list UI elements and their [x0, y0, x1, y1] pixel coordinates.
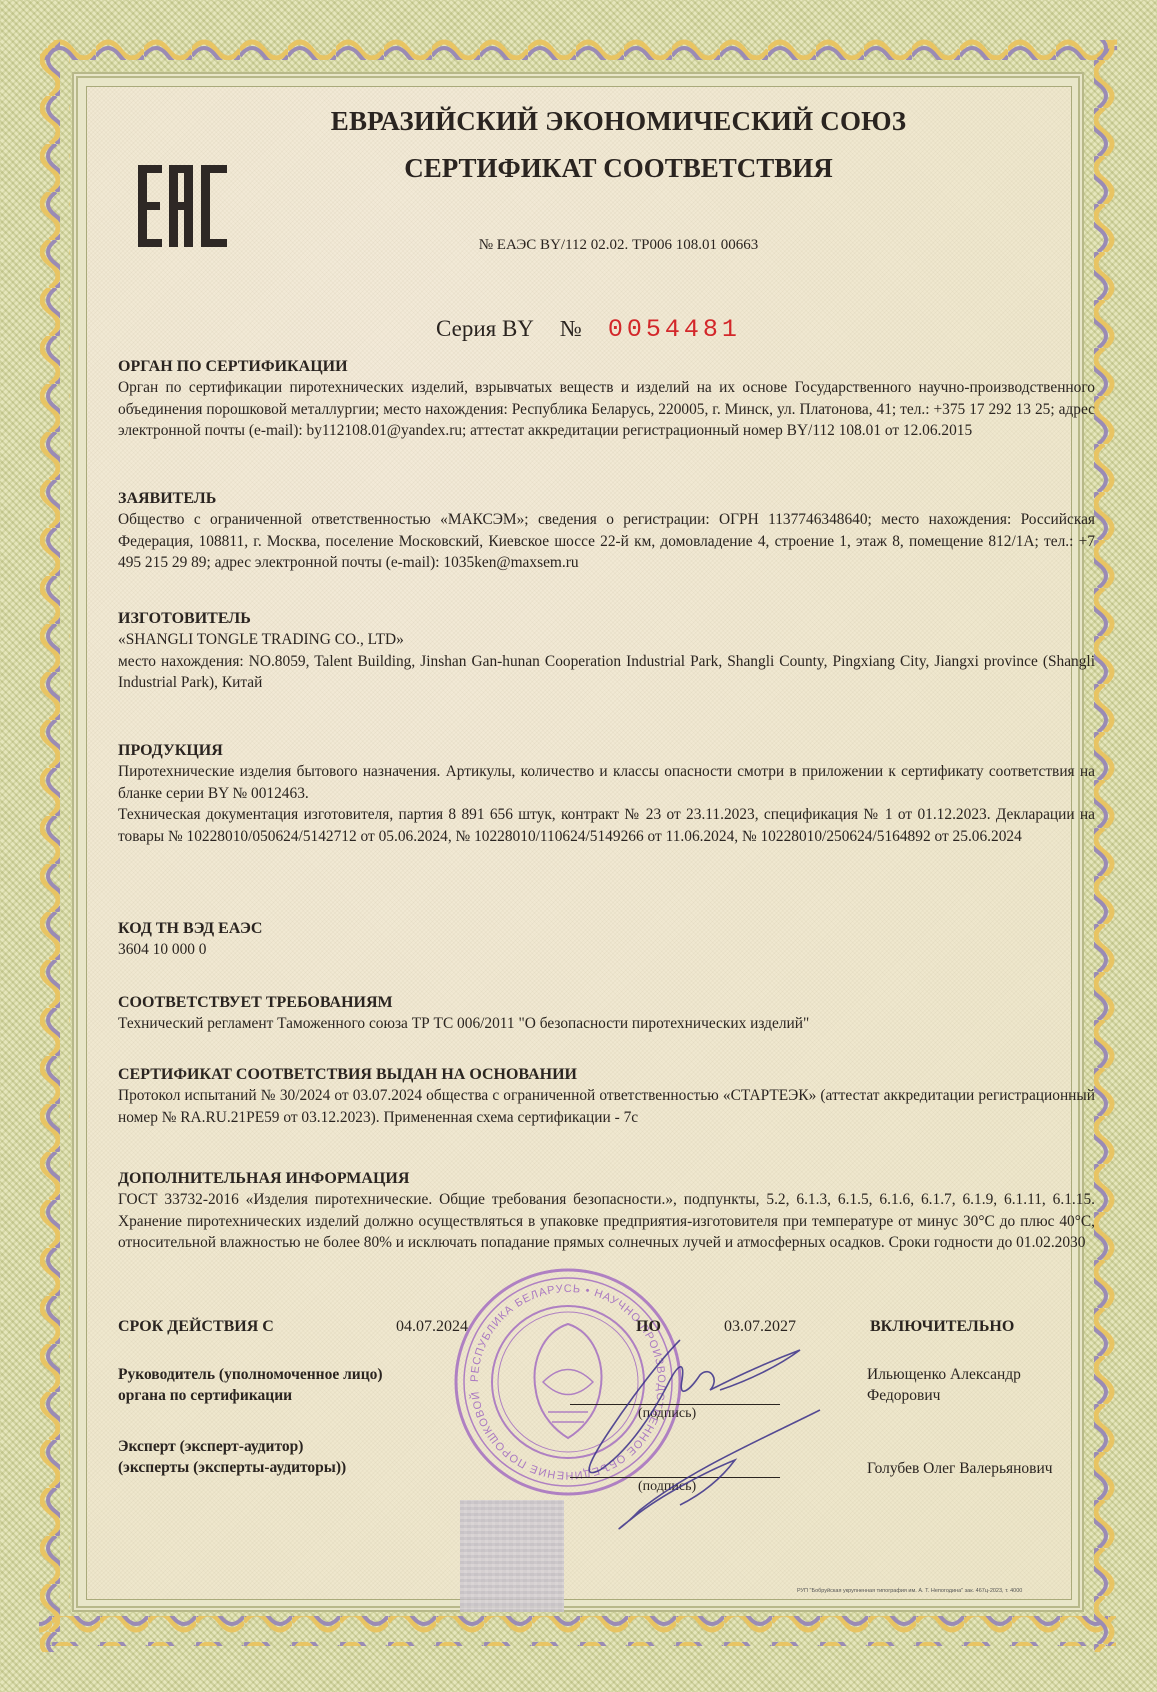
section-text: Орган по сертификации пиротехнических из… — [118, 377, 1095, 442]
section-text: Протокол испытаний № 30/2024 от 03.07.20… — [118, 1085, 1095, 1128]
section-heading: ОРГАН ПО СЕРТИФИКАЦИИ — [118, 357, 1095, 377]
validity-inclusive-label: ВКЛЮЧИТЕЛЬНО — [870, 1318, 1014, 1336]
section-text: Технический регламент Таможенного союза … — [118, 1013, 1095, 1035]
section-heading: СЕРТИФИКАТ СООТВЕТСТВИЯ ВЫДАН НА ОСНОВАН… — [118, 1065, 1095, 1085]
section-hs-code: КОД ТН ВЭД ЕАЭС 3604 10 000 0 — [118, 919, 1095, 961]
section-heading: ИЗГОТОВИТЕЛЬ — [118, 609, 1095, 629]
head-role-line2: органа по сертификации — [118, 1385, 383, 1406]
section-text: 3604 10 000 0 — [118, 939, 1095, 961]
section-text: ГОСТ 33732-2016 «Изделия пиротехнические… — [118, 1189, 1095, 1254]
union-title: ЕВРАЗИЙСКИЙ ЭКОНОМИЧЕСКИЙ СОЮЗ — [0, 106, 1157, 137]
validity-from-date: 04.07.2024 — [396, 1318, 468, 1336]
serial-number: 0054481 — [608, 315, 741, 344]
qr-code — [460, 1500, 564, 1612]
number-sign: № — [560, 316, 582, 341]
section-heading: ПРОДУКЦИЯ — [118, 741, 1095, 761]
section-text: Техническая документация изготовителя, п… — [118, 804, 1095, 847]
expert-role-line1: Эксперт (эксперт-аудитор) — [118, 1436, 346, 1457]
section-heading: ЗАЯВИТЕЛЬ — [118, 489, 1095, 509]
series-line: Серия BY№0054481 — [436, 315, 741, 344]
section-text: Пиротехнические изделия бытового назначе… — [118, 761, 1095, 804]
head-name-line1: Ильющенко Александр — [867, 1364, 1021, 1385]
printer-note: РУП "Бобруйская укрупненная типография и… — [797, 1588, 1022, 1594]
section-heading: ДОПОЛНИТЕЛЬНАЯ ИНФОРМАЦИЯ — [118, 1169, 1095, 1189]
section-heading: СООТВЕТСТВУЕТ ТРЕБОВАНИЯМ — [118, 993, 1095, 1013]
section-text: место нахождения: NO.8059, Talent Buildi… — [118, 651, 1095, 694]
section-manufacturer: ИЗГОТОВИТЕЛЬ «SHANGLI TONGLE TRADING CO.… — [118, 609, 1095, 694]
series-label: Серия BY — [436, 316, 534, 341]
section-text: Общество с ограниченной ответственностью… — [118, 509, 1095, 574]
section-heading: КОД ТН ВЭД ЕАЭС — [118, 919, 1095, 939]
head-name: Ильющенко Александр Федорович — [867, 1364, 1021, 1406]
expert-role-line2: (эксперты (эксперты-аудиторы)) — [118, 1457, 346, 1478]
section-additional: ДОПОЛНИТЕЛЬНАЯ ИНФОРМАЦИЯ ГОСТ 33732-201… — [118, 1169, 1095, 1254]
section-product: ПРОДУКЦИЯ Пиротехнические изделия бытово… — [118, 741, 1095, 847]
manufacturer-name: «SHANGLI TONGLE TRADING CO., LTD» — [118, 629, 1095, 651]
expert-name: Голубев Олег Валерьянович — [867, 1458, 1053, 1479]
section-certification-body: ОРГАН ПО СЕРТИФИКАЦИИ Орган по сертифика… — [118, 357, 1095, 442]
head-name-line2: Федорович — [867, 1385, 1021, 1406]
certificate-title: СЕРТИФИКАТ СООТВЕТСТВИЯ — [0, 153, 1157, 184]
head-role-line1: Руководитель (уполномоченное лицо) — [118, 1364, 383, 1385]
section-applicant: ЗАЯВИТЕЛЬ Общество с ограниченной ответс… — [118, 489, 1095, 574]
expert-role: Эксперт (эксперт-аудитор) (эксперты (экс… — [118, 1436, 346, 1478]
handwritten-signatures-icon — [560, 1320, 880, 1540]
registration-number: № ЕАЭС BY/112 02.02. ТР006 108.01 00663 — [0, 237, 1157, 254]
head-role: Руководитель (уполномоченное лицо) орган… — [118, 1364, 383, 1406]
validity-from-label: СРОК ДЕЙСТВИЯ С — [118, 1318, 274, 1336]
section-requirements: СООТВЕТСТВУЕТ ТРЕБОВАНИЯМ Технический ре… — [118, 993, 1095, 1035]
section-basis: СЕРТИФИКАТ СООТВЕТСТВИЯ ВЫДАН НА ОСНОВАН… — [118, 1065, 1095, 1128]
